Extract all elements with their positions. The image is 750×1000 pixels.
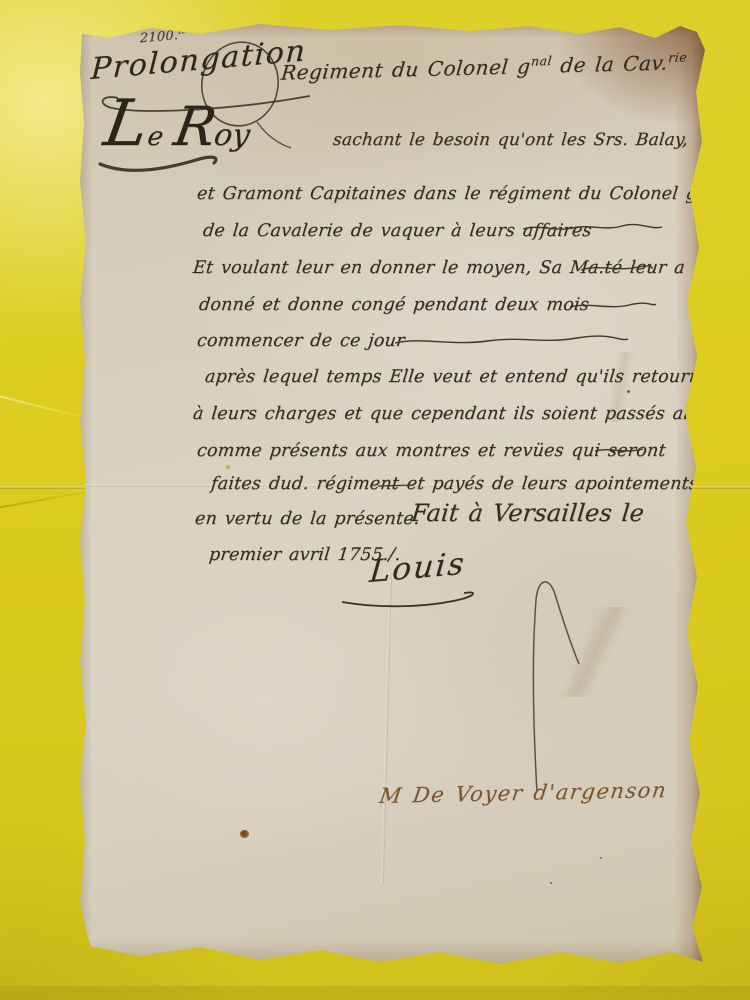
royal-opening: LeRoy (100, 92, 257, 156)
fee-unit: tt (178, 26, 185, 36)
filler-flourish (578, 260, 656, 276)
paper-fold-crease (381, 574, 392, 884)
signature-underline-flourish (338, 590, 483, 612)
fee-annotation: 2100.tt (140, 26, 185, 46)
paper-speck (226, 465, 230, 469)
filler-dash (376, 482, 418, 490)
fee-amount: 2100. (140, 28, 179, 46)
paper-edge-shading (80, 939, 705, 967)
opening-initial-L: L (100, 92, 153, 156)
paper-edge-shading (80, 22, 92, 967)
photo-background: 2100.tt Prolongation Regiment du Colonel… (0, 0, 750, 1000)
body-line-2: et Gramont Capitaines dans le régiment d… (196, 184, 750, 204)
ink-stain (240, 830, 249, 838)
filler-flourish (567, 298, 659, 314)
body-line-8: à leurs charges et que cependant ils soi… (192, 404, 743, 424)
regiment-header-text: Regiment du Colonel g (280, 54, 532, 85)
body-line-10: faites dud. régiment et payés de leurs a… (210, 474, 699, 494)
regiment-header-text: de la Cav. (550, 51, 669, 78)
manuscript-paper: 2100.tt Prolongation Regiment du Colonel… (80, 22, 705, 967)
filler-flourish (392, 333, 632, 351)
regiment-header-sup: rie (668, 49, 688, 64)
paraph-flourish (515, 562, 600, 797)
paper-speck (550, 882, 552, 884)
regiment-header: Regiment du Colonel gnal de la Cav.rie (280, 49, 688, 84)
background-shadow-strip (0, 986, 750, 1000)
body-line-1: sachant le besoin qu'ont les Srs. Balay, (332, 130, 689, 150)
body-line-5: donné et donne congé pendant deux mois (198, 295, 590, 315)
opening-swash-flourish (94, 148, 234, 178)
royal-signature: Louis (368, 546, 467, 590)
paper-edge-shading (675, 22, 705, 967)
body-line-7: après lequel temps Elle veut et entend q… (204, 367, 731, 387)
regiment-header-sup: nal (530, 53, 552, 69)
closing-line: en vertu de la présente. (194, 509, 421, 529)
filler-flourish (520, 220, 665, 236)
body-line-6: commencer de ce jour (196, 331, 406, 351)
filler-flourish (592, 443, 647, 457)
secretary-countersignature: M De Voyer d'argenson (378, 778, 669, 808)
place-line: Fait à Versailles le (410, 499, 646, 527)
paper-speck (600, 857, 602, 859)
paper-speck (627, 390, 630, 393)
